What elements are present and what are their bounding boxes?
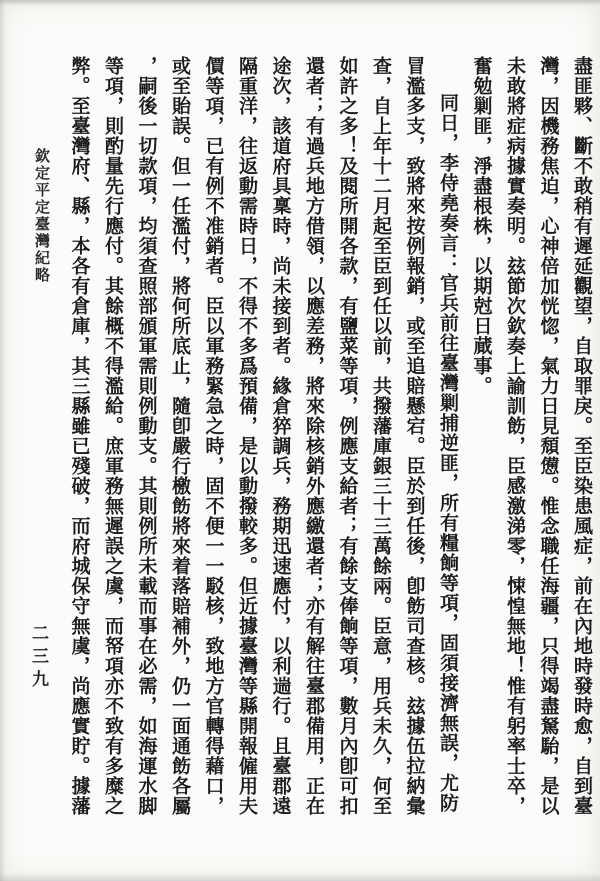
book-title-margin: 欽定平定臺灣紀略 (32, 148, 53, 308)
scanned-book-page: 盡匪夥、斷不敢稍有遲延觀望，自取罪戾。至臣染患風症，前在內地時發時愈，自到臺 灣… (0, 0, 600, 881)
text-column-10: 途次，該道府具稟時，尚未接到者。緣倉猝調兵，務期迅速應付，以利遄行。且臺郡遠 (263, 56, 297, 834)
text-column-6: 冒濫多支，致將來按例報銷，或至追賠懸宕。臣於到任後，卽飭司查核。玆據伍拉納彙 (397, 56, 431, 834)
text-column-11: 隔重洋，往返動需時日，不得不多爲預備，是以動撥較多。但近據臺灣等縣開報僱用夫 (230, 56, 264, 834)
text-column-4: 奮勉剿匪，淨盡根株，以期尅日蕆事。 (464, 56, 498, 834)
text-column-7: 查，自上年十二月起至臣到任以前，共撥藩庫銀三十三萬餘兩。臣意，用兵未久，何至 (364, 56, 398, 834)
text-column-9: 還者；有過兵地方借領，以應差務，將來除核銷外應繳還者；亦有解往臺郡備用，正在 (297, 56, 331, 834)
text-column-8: 如許之多！及閱所開各款，有鹽菜等項，例應支給者；有餘支俸餉等項，數月內卽可扣 (330, 56, 364, 834)
text-column-14: ，嗣後一切款項，均須查照部頒軍需則例動支。其則例所未載而事在必需，如海運水脚 (129, 56, 163, 834)
scan-edge-artifact-left (0, 0, 6, 881)
text-column-1: 盡匪夥、斷不敢稍有遲延觀望，自取罪戾。至臣染患風症，前在內地時發時愈，自到臺 (565, 56, 599, 834)
scan-edge-artifact-top (0, 0, 600, 6)
text-column-2: 灣，因機務焦迫，心神倍加恍惚，氣力日見頹憊。惟念職任海疆，只得竭盡駑駘，是以 (531, 56, 565, 834)
text-column-15: 等項，則酌量先行應付。其餘概不得濫給。庶軍務無遲誤之虞，而帑項亦不致有多糜之 (96, 56, 130, 834)
text-column-12: 價等項，已有例不准銷者。臣以軍務緊急之時，固不便一一駁核，致地方官轉得藉口， (196, 56, 230, 834)
vertical-text-block: 盡匪夥、斷不敢稍有遲延觀望，自取罪戾。至臣染患風症，前在內地時發時愈，自到臺 灣… (62, 56, 598, 834)
page-number: 二三九 (26, 624, 51, 734)
scan-edge-artifact-bottom (0, 873, 600, 881)
text-column-16: 弊。至臺灣府、縣，本各有倉庫，其三縣雖已殘破，而府城保守無虞，尚應實貯。據藩 (62, 56, 96, 834)
text-column-3: 未敢將症病據實奏明。玆節次欽奏上諭訓飭，臣感激涕零，悚惶無地！惟有躬率士卒， (498, 56, 532, 834)
text-column-5: 同日，李侍堯奏言：官兵前往臺灣剿捕逆匪，所有糧餉等項，固須接濟無誤，尤防 (431, 56, 465, 834)
text-column-13: 或至貽誤。但一任濫付，將何所底止，隨卽嚴行檄飭將來着落賠補外，仍一面通飭各屬 (163, 56, 197, 834)
